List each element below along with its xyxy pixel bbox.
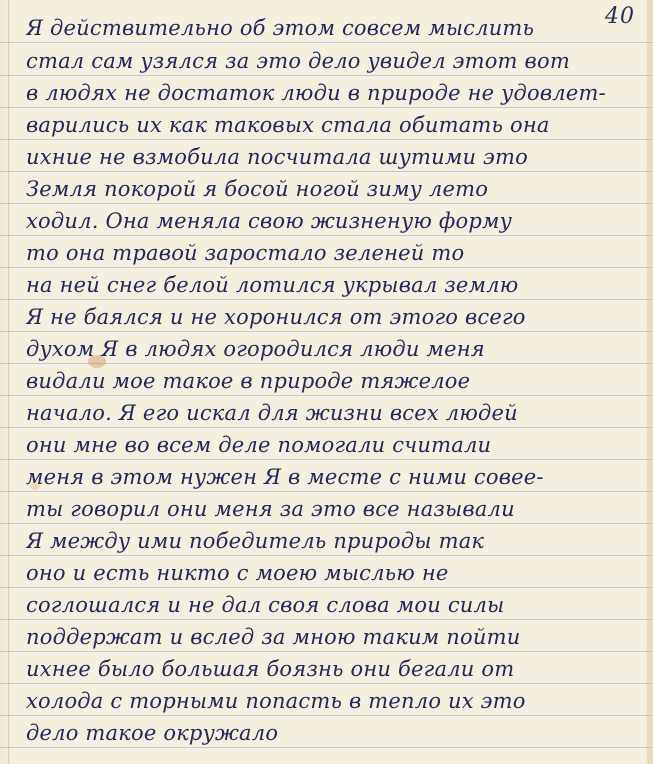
handwritten-line: на ней снег белой лотился укрывал землю xyxy=(26,269,636,301)
handwritten-line: поддержат и вслед за мною таким пойти xyxy=(26,621,636,653)
handwritten-line: ихнее было большая боязнь они бегали от xyxy=(26,653,636,685)
handwritten-line: Земля покорой я босой ногой зиму лето xyxy=(26,173,636,205)
handwritten-line: холода с торными попасть в тепло их это xyxy=(26,685,636,717)
handwritten-line: то она травой заростало зеленей то xyxy=(26,237,636,269)
handwritten-line: стал сам узялся за это дело увидел этот … xyxy=(26,45,636,77)
handwritten-line: дело такое окружало xyxy=(26,717,636,749)
page-edge xyxy=(647,0,653,764)
handwritten-line: ты говорил они меня за это все называли xyxy=(26,493,636,525)
handwritten-line: варились их как таковых стала обитать он… xyxy=(26,109,636,141)
handwritten-line: видали мое такое в природе тяжелое xyxy=(26,365,636,397)
notebook-page: 40 Я действительно об этом совсем мыслит… xyxy=(0,0,653,764)
handwritten-line: оно и есть никто с моею мыслью не xyxy=(26,557,636,589)
margin-line xyxy=(8,0,9,764)
handwritten-line: Я действительно об этом совсем мыслить xyxy=(26,12,636,44)
handwritten-line: ихние не взмобила посчитала шутими это xyxy=(26,141,636,173)
handwritten-line: Я между ими победитель природы так xyxy=(26,525,636,557)
handwritten-line: соглошался и не дал своя слова мои силы xyxy=(26,589,636,621)
handwritten-line: они мне во всем деле помогали считали xyxy=(26,429,636,461)
handwritten-line: меня в этом нужен Я в месте с ними совее… xyxy=(26,461,636,493)
handwritten-line: Я не баялся и не хоронился от этого всег… xyxy=(26,301,636,333)
handwritten-line: духом Я в людях огородился люди меня xyxy=(26,333,636,365)
handwritten-line: ходил. Она меняла свою жизненую форму xyxy=(26,205,636,237)
handwritten-line: начало. Я его искал для жизни всех людей xyxy=(26,397,636,429)
handwritten-line: в людях не достаток люди в природе не уд… xyxy=(26,77,636,109)
